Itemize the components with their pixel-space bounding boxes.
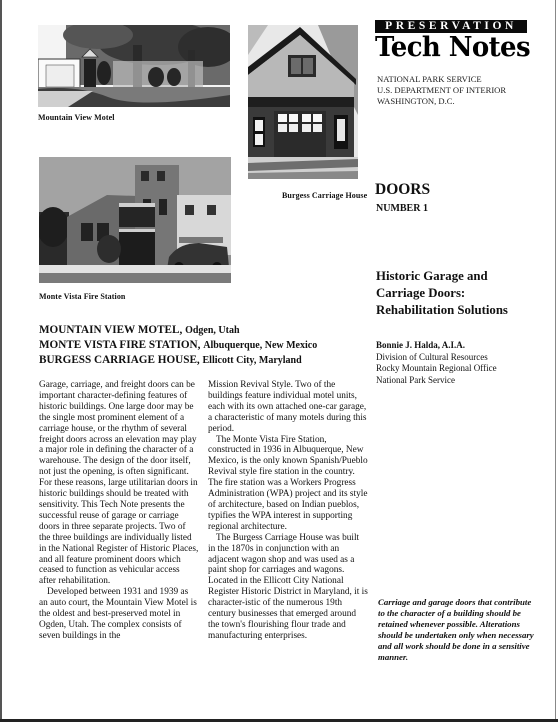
location-line: MOUNTAIN VIEW MOTEL, Odgen, Utah: [39, 323, 317, 338]
body-paragraph: Mission Revival Style. Two of the buildi…: [208, 380, 368, 435]
agency-block: NATIONAL PARK SERVICE U.S. DEPARTMENT OF…: [377, 74, 506, 107]
author-block: Bonnie J. Halda, A.I.A. Division of Cult…: [376, 340, 497, 386]
carriage-house-photo: [248, 25, 358, 179]
motel-photo: [38, 25, 230, 107]
motel-caption: Mountain View Motel: [38, 113, 115, 122]
body-paragraph: The Monte Vista Fire Station, constructe…: [208, 435, 368, 533]
body-column-1: Garage, carriage, and freight doors can …: [39, 380, 199, 642]
tech-notes-logo: Tech Notes: [375, 30, 530, 66]
document-title: Historic Garage and Carriage Doors: Reha…: [376, 268, 508, 319]
pull-quote: Carriage and garage doors that contribut…: [378, 597, 540, 663]
locations-heading: MOUNTAIN VIEW MOTEL, Odgen, Utah MONTE V…: [39, 323, 317, 368]
tech-note-page: Mountain View Motel: [0, 0, 558, 722]
agency-line: WASHINGTON, D.C.: [377, 96, 506, 107]
title-line: Rehabilitation Solutions: [376, 302, 508, 319]
body-column-2: Mission Revival Style. Two of the buildi…: [208, 380, 368, 642]
motel-photo-icon: [38, 25, 230, 107]
author-line: Rocky Mountain Regional Office: [376, 363, 497, 375]
author-line: Division of Cultural Resources: [376, 352, 497, 364]
carriage-house-caption: Burgess Carriage House: [282, 191, 367, 200]
carriage-house-photo-icon: [248, 25, 358, 179]
issue-number: NUMBER 1: [376, 203, 428, 215]
author-name: Bonnie J. Halda, A.I.A.: [376, 340, 497, 352]
title-line: Historic Garage and: [376, 268, 508, 285]
body-paragraph: The Burgess Carriage House was built in …: [208, 533, 368, 642]
body-paragraph: Developed between 1931 and 1939 as an au…: [39, 587, 199, 642]
location-line: BURGESS CARRIAGE HOUSE, Ellicott City, M…: [39, 353, 317, 368]
body-paragraph: Garage, carriage, and freight doors can …: [39, 380, 199, 587]
agency-line: U.S. DEPARTMENT OF INTERIOR: [377, 85, 506, 96]
fire-station-photo-icon: [39, 157, 231, 283]
page-border-left: [0, 0, 2, 722]
agency-line: NATIONAL PARK SERVICE: [377, 74, 506, 85]
page-border-right: [555, 0, 556, 722]
location-line: MONTE VISTA FIRE STATION, Albuquerque, N…: [39, 338, 317, 353]
fire-station-caption: Monte Vista Fire Station: [39, 292, 125, 301]
author-line: National Park Service: [376, 375, 497, 387]
topic-category: DOORS: [375, 181, 430, 199]
title-line: Carriage Doors:: [376, 285, 508, 302]
fire-station-photo: [39, 157, 231, 283]
